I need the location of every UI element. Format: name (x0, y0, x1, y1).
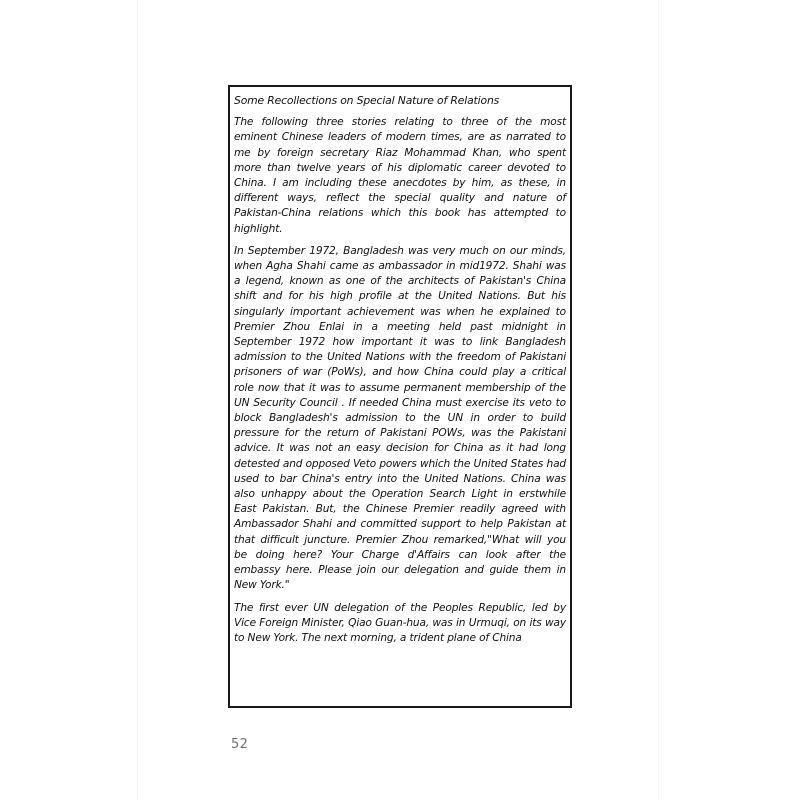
section-heading: Some Recollections on Special Nature of … (234, 93, 566, 108)
paragraph-agha-shahi: In September 1972, Bangladesh was very m… (234, 244, 566, 594)
page-number: 52 (231, 737, 248, 752)
boxed-text-panel: Some Recollections on Special Nature of … (228, 85, 572, 708)
paragraph-intro: The following three stories relating to … (234, 115, 566, 237)
book-spread: Some Recollections on Special Nature of … (0, 0, 800, 800)
book-page: Some Recollections on Special Nature of … (137, 0, 659, 800)
paragraph-un-delegation: The first ever UN delegation of the Peop… (234, 601, 566, 647)
